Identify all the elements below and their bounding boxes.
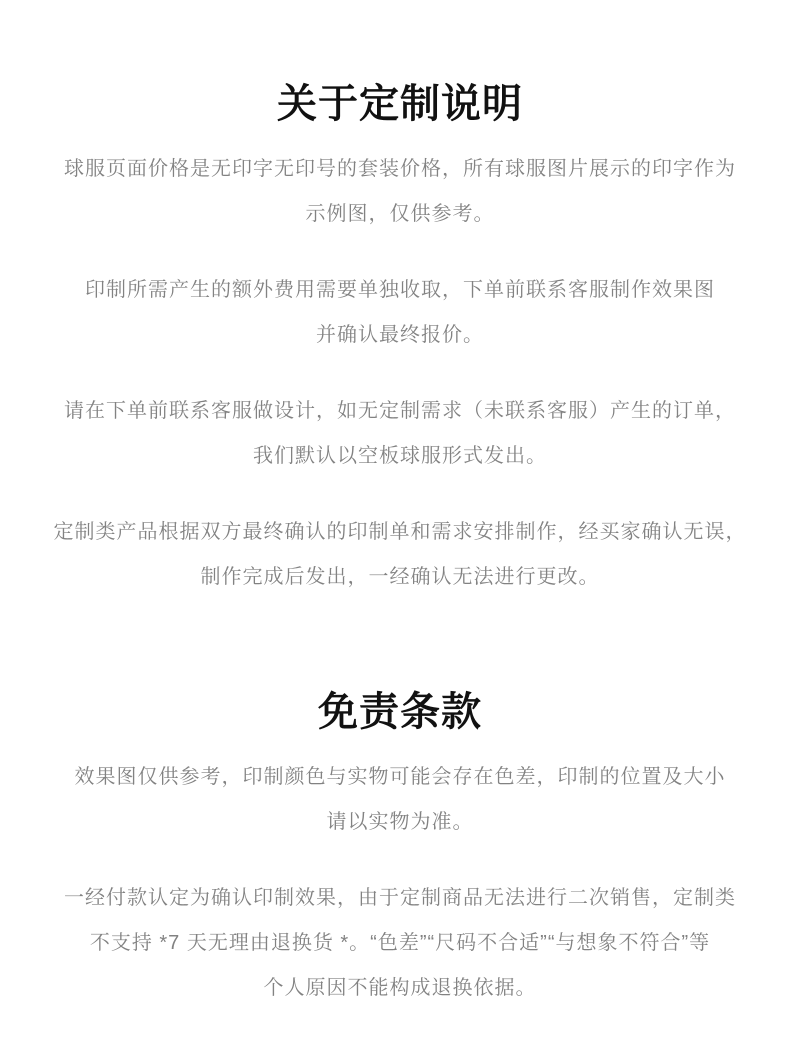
notice-line: 请以实物为准。	[0, 800, 800, 845]
paragraph-production-note: 定制类产品根据双方最终确认的印制单和需求安排制作，经买家确认无误， 制作完成后发…	[0, 510, 800, 600]
section-disclaimer: 免责条款 效果图仅供参考，印制颜色与实物可能会存在色差，印制的位置及大小 请以实…	[0, 692, 800, 1011]
paragraph-contact-service-note: 请在下单前联系客服做设计，如无定制需求（未联系客服）产生的订单， 我们默认以空板…	[0, 389, 800, 479]
paragraph-no-return-note: 一经付款认定为确认印制效果，由于定制商品无法进行二次销售，定制类 不支持 *7 …	[0, 876, 800, 1011]
notice-line: 我们默认以空板球服形式发出。	[0, 434, 800, 479]
disclaimer-section-title: 免责条款	[0, 692, 800, 732]
paragraph-pricing-note: 球服页面价格是无印字无印号的套装价格，所有球服图片展示的印字作为 示例图，仅供参…	[0, 147, 800, 237]
section-customization: 关于定制说明 球服页面价格是无印字无印号的套装价格，所有球服图片展示的印字作为 …	[0, 84, 800, 600]
notice-line: 定制类产品根据双方最终确认的印制单和需求安排制作，经买家确认无误，	[0, 510, 800, 555]
notice-line: 个人原因不能构成退换依据。	[0, 966, 800, 1011]
paragraph-color-difference-note: 效果图仅供参考，印制颜色与实物可能会存在色差，印制的位置及大小 请以实物为准。	[0, 755, 800, 845]
notice-line: 效果图仅供参考，印制颜色与实物可能会存在色差，印制的位置及大小	[0, 755, 800, 800]
customization-notice-page: 关于定制说明 球服页面价格是无印字无印号的套装价格，所有球服图片展示的印字作为 …	[0, 0, 800, 1050]
notice-line: 印制所需产生的额外费用需要单独收取，下单前联系客服制作效果图	[0, 268, 800, 313]
notice-line: 一经付款认定为确认印制效果，由于定制商品无法进行二次销售，定制类	[0, 876, 800, 921]
notice-line: 球服页面价格是无印字无印号的套装价格，所有球服图片展示的印字作为	[0, 147, 800, 192]
notice-line: 制作完成后发出，一经确认无法进行更改。	[0, 555, 800, 600]
notice-line: 并确认最终报价。	[0, 313, 800, 358]
customization-section-title: 关于定制说明	[0, 84, 800, 124]
notice-line: 示例图，仅供参考。	[0, 192, 800, 237]
notice-line: 请在下单前联系客服做设计，如无定制需求（未联系客服）产生的订单，	[0, 389, 800, 434]
paragraph-extra-fee-note: 印制所需产生的额外费用需要单独收取，下单前联系客服制作效果图 并确认最终报价。	[0, 268, 800, 358]
notice-line: 不支持 *7 天无理由退换货 *。“色差”“尺码不合适”“与想象不符合”等	[0, 921, 800, 966]
